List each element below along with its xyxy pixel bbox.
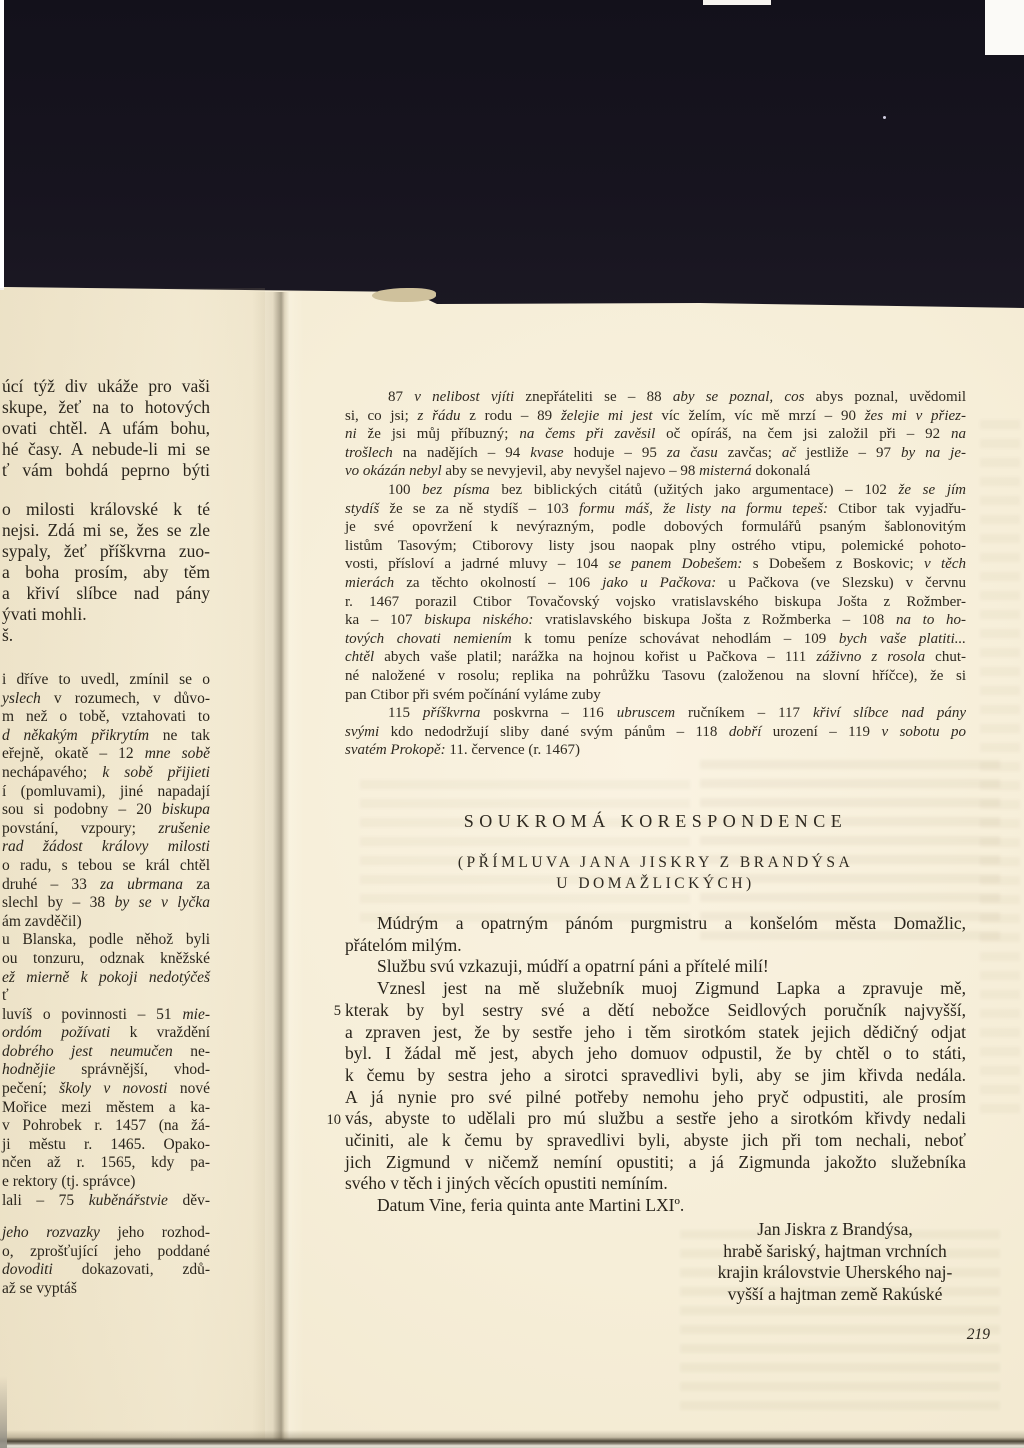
text-line: ou tonzuru, odznak kněžské	[2, 950, 210, 969]
text-line: r. 1467 porazil Ctibor Tovačovský vojsko…	[345, 593, 966, 612]
gutter-fold-shadow	[252, 292, 304, 1440]
text-line: až se vyptáš	[2, 1280, 210, 1299]
text-line: jeho rozvazky jeho rozhod-	[2, 1224, 210, 1243]
text-line: trošlech na nadějích – 94 kvase hoduje –…	[345, 444, 966, 463]
section-title: SOUKROMÁ KORESPONDENCE	[345, 811, 966, 832]
text-line: pan Ctibor při svém počínání vyláme zuby	[345, 686, 966, 705]
text-line: ka – 107 biskupa niského: vratislavského…	[345, 611, 966, 630]
text-line: a zpraven jest, že by sestře jeho i těm …	[345, 1022, 966, 1044]
section-subtitle-line1: (PŘÍMLUVA JANA JISKRY Z BRANDÝSA	[345, 854, 966, 872]
text-line: vás, abyste to udělali pro mú službu a s…	[345, 1108, 966, 1130]
text-line: yslech v rozumech, v důvo-	[2, 690, 210, 709]
text-line: učiniti, ale k čemu by spravedlivi byli,…	[345, 1130, 966, 1152]
margin-line-number-10: 10	[319, 1112, 341, 1129]
text-line: nčen až r. 1565, kdy pa-	[2, 1154, 210, 1173]
ink-bleed-through	[980, 420, 1020, 1120]
text-line: skupe, žeť na to hotových	[2, 397, 210, 418]
text-line: jich Zigmund v ničemž nemíní opustiti; a…	[345, 1152, 966, 1174]
text-line: pečení; školy v novosti nové	[2, 1080, 210, 1099]
text-line: úcí týž div ukáže pro vaši	[2, 376, 210, 397]
scan-speck	[883, 116, 886, 119]
text-line: hodnějie správnější, vhod-	[2, 1061, 210, 1080]
left-page-letter-fragment: úcí týž div ukáže pro vašiskupe, žeť na …	[2, 376, 210, 646]
text-line: ji městu r. 1465. Opako-	[2, 1136, 210, 1155]
text-line: kterak by byl sestry své a dětí nebožce …	[345, 1000, 966, 1022]
text-line: eřejně, okatě – 12 mne sobě	[2, 745, 210, 764]
text-line: v Pohrobek r. 1457 (na žá-	[2, 1117, 210, 1136]
text-line: Múdrým a opatrným pánóm purgmistru a kon…	[345, 913, 966, 935]
text-line: o, zprošťující jeho poddané	[2, 1243, 210, 1262]
text-line: ovati chtěl. A ufám bohu,	[2, 418, 210, 439]
text-line: Službu svú vzkazuji, múdří a opatrní pán…	[345, 956, 966, 978]
text-line: 87 v nelibost vjíti znepřáteliti se – 88…	[345, 388, 966, 407]
text-line: krajin královstvie Uherského naj-	[650, 1262, 1020, 1284]
photo-dark-background	[0, 0, 1024, 312]
letter-body: Múdrým a opatrným pánóm purgmistru a kon…	[345, 913, 966, 1217]
text-line: ť	[2, 987, 210, 1006]
page-corner-under-cover	[372, 288, 436, 302]
text-line: ni že jsi můj příbuzný; na čems při zavě…	[345, 425, 966, 444]
text-line: ordóm požívati k vraždění	[2, 1024, 210, 1043]
text-line: svého v těch i jiných věcích opustiti ne…	[345, 1173, 966, 1195]
section-headings: SOUKROMÁ KORESPONDENCE (PŘÍMLUVA JANA JI…	[345, 811, 966, 893]
text-line: ývati mohli.	[2, 604, 210, 625]
text-line: a křiví slíbce nad pány	[2, 583, 210, 604]
text-line: svatém Prokopě: 11. července (r. 1467)	[345, 741, 966, 760]
text-line: si, co jsi; z řádu z rodu – 89 želejie m…	[345, 407, 966, 426]
text-line: vo okázán nebyl aby se nevyjevil, aby ne…	[345, 462, 966, 481]
text-line: hé časy. A nebude-li mi se	[2, 439, 210, 460]
scan-white-margin	[0, 0, 4, 290]
text-line: 115 příškvrna poskvrna – 116 ubruscem ru…	[345, 704, 966, 723]
margin-line-number-5: 5	[319, 1003, 341, 1020]
text-line: mierách za těchto okolností – 106 jako u…	[345, 574, 966, 593]
text-line: byl. I žádal mě jest, abych jeho domuov …	[345, 1043, 966, 1065]
text-line: d někakým přikrytím ne tak	[2, 727, 210, 746]
scan-bottom-left-edge	[0, 1376, 7, 1448]
text-line: a boha prosím, aby těm	[2, 562, 210, 583]
text-line: Jan Jiskra z Brandýsa,	[650, 1219, 1020, 1241]
text-line: k čemu by sestra jeho a sirotci spravedl…	[345, 1065, 966, 1087]
text-line: slechl by – 38 by se v lyčka	[2, 894, 210, 913]
text-line: Mořice mezi městem a ka-	[2, 1099, 210, 1118]
text-line: sou si podobny – 20 biskupa	[2, 801, 210, 820]
text-line: svými kdo nedodržují sliby dané svým pán…	[345, 723, 966, 742]
text-line: š.	[2, 625, 210, 646]
text-line: je své opovržení k nevýrazným, podle dob…	[345, 518, 966, 537]
text-line: listům Tasovým; Ctiborovy listy jsou nao…	[345, 537, 966, 556]
text-line: o milosti královské k té	[2, 499, 210, 520]
text-line: 100 bez písma bez biblických citátů (uži…	[345, 481, 966, 500]
text-line: nechápavého; k sobě přijieti	[2, 764, 210, 783]
text-line: vosti, přísloví a jadrné mluvy – 104 se …	[345, 555, 966, 574]
text-line: dovoditi dokazovati, zdů-	[2, 1261, 210, 1280]
text-line: přátelóm milým.	[345, 935, 966, 957]
text-line: né naložené v rosolu; replika na pohrůžk…	[345, 667, 966, 686]
text-line: Vznesl jest na mě služebník muoj Zigmund…	[345, 978, 966, 1000]
text-line: ež mierně k pokoji nedotýčeš	[2, 969, 210, 988]
text-line: sypaly, žeť příškvrna zuo-	[2, 541, 210, 562]
left-page-notes-fragment: i dříve to uvedl, zmínil se oyslech v ro…	[2, 671, 210, 1210]
scan-white-notch	[703, 0, 771, 5]
text-line: e rektory (tj. správce)	[2, 1173, 210, 1192]
text-line: nejsi. Zdá mi se, žes se zle	[2, 520, 210, 541]
page-bottom-edge-shadow	[0, 1430, 1024, 1448]
page-number: 219	[930, 1326, 990, 1344]
text-line: vyšší a hajtman země Rakúské	[650, 1284, 1020, 1306]
text-line: í (pomluvami), jiné napadají	[2, 783, 210, 802]
text-line: ť vám bohdá peprno býti	[2, 460, 210, 481]
scan-white-corner	[985, 0, 1024, 55]
text-line: ám zavděčil)	[2, 913, 210, 932]
section-subtitle-line2: U DOMAŽLICKÝCH)	[345, 875, 966, 893]
book-scan-page: úcí týž div ukáže pro vašiskupe, žeť na …	[0, 0, 1024, 1448]
text-line: druhé – 33 za ubrmana za	[2, 876, 210, 895]
text-line: lali – 75 kuběnářstvie děv-	[2, 1192, 210, 1211]
text-line: luvíš o povinnosti – 51 mie-	[2, 1006, 210, 1025]
text-line: chtěl abych vaše platil; narážka na hojn…	[345, 648, 966, 667]
text-line: A já nynie pro své pilné potřeby nemohu …	[345, 1087, 966, 1109]
text-line: rad žádost královy milosti	[2, 838, 210, 857]
left-page-footer-fragment: jeho rozvazky jeho rozhod-o, zprošťující…	[2, 1224, 210, 1298]
text-line: m než o tobě, vztahovati to	[2, 708, 210, 727]
text-line: Datum Vine, feria quinta ante Martini LX…	[345, 1195, 966, 1217]
text-line: u Blanska, podle něhož byli	[2, 931, 210, 950]
text-line: dobrého jest neumučen ne-	[2, 1043, 210, 1062]
text-line: hrabě šariský, hajtman vrchních	[650, 1241, 1020, 1263]
text-line: i dříve to uvedl, zmínil se o	[2, 671, 210, 690]
text-line: povstání, vzpoury; zrušenie	[2, 820, 210, 839]
commentary-notes-paragraph: 87 v nelibost vjíti znepřáteliti se – 88…	[345, 388, 966, 760]
text-line: stydíš že se za ně stydíš – 103 formu má…	[345, 500, 966, 519]
text-line: o radu, s tebou se král chtěl	[2, 857, 210, 876]
text-line	[2, 481, 210, 499]
text-line: tových chovati nemiením k tomu peníze sc…	[345, 630, 966, 649]
letter-signature: Jan Jiskra z Brandýsa,hrabě šariský, haj…	[650, 1219, 1020, 1305]
